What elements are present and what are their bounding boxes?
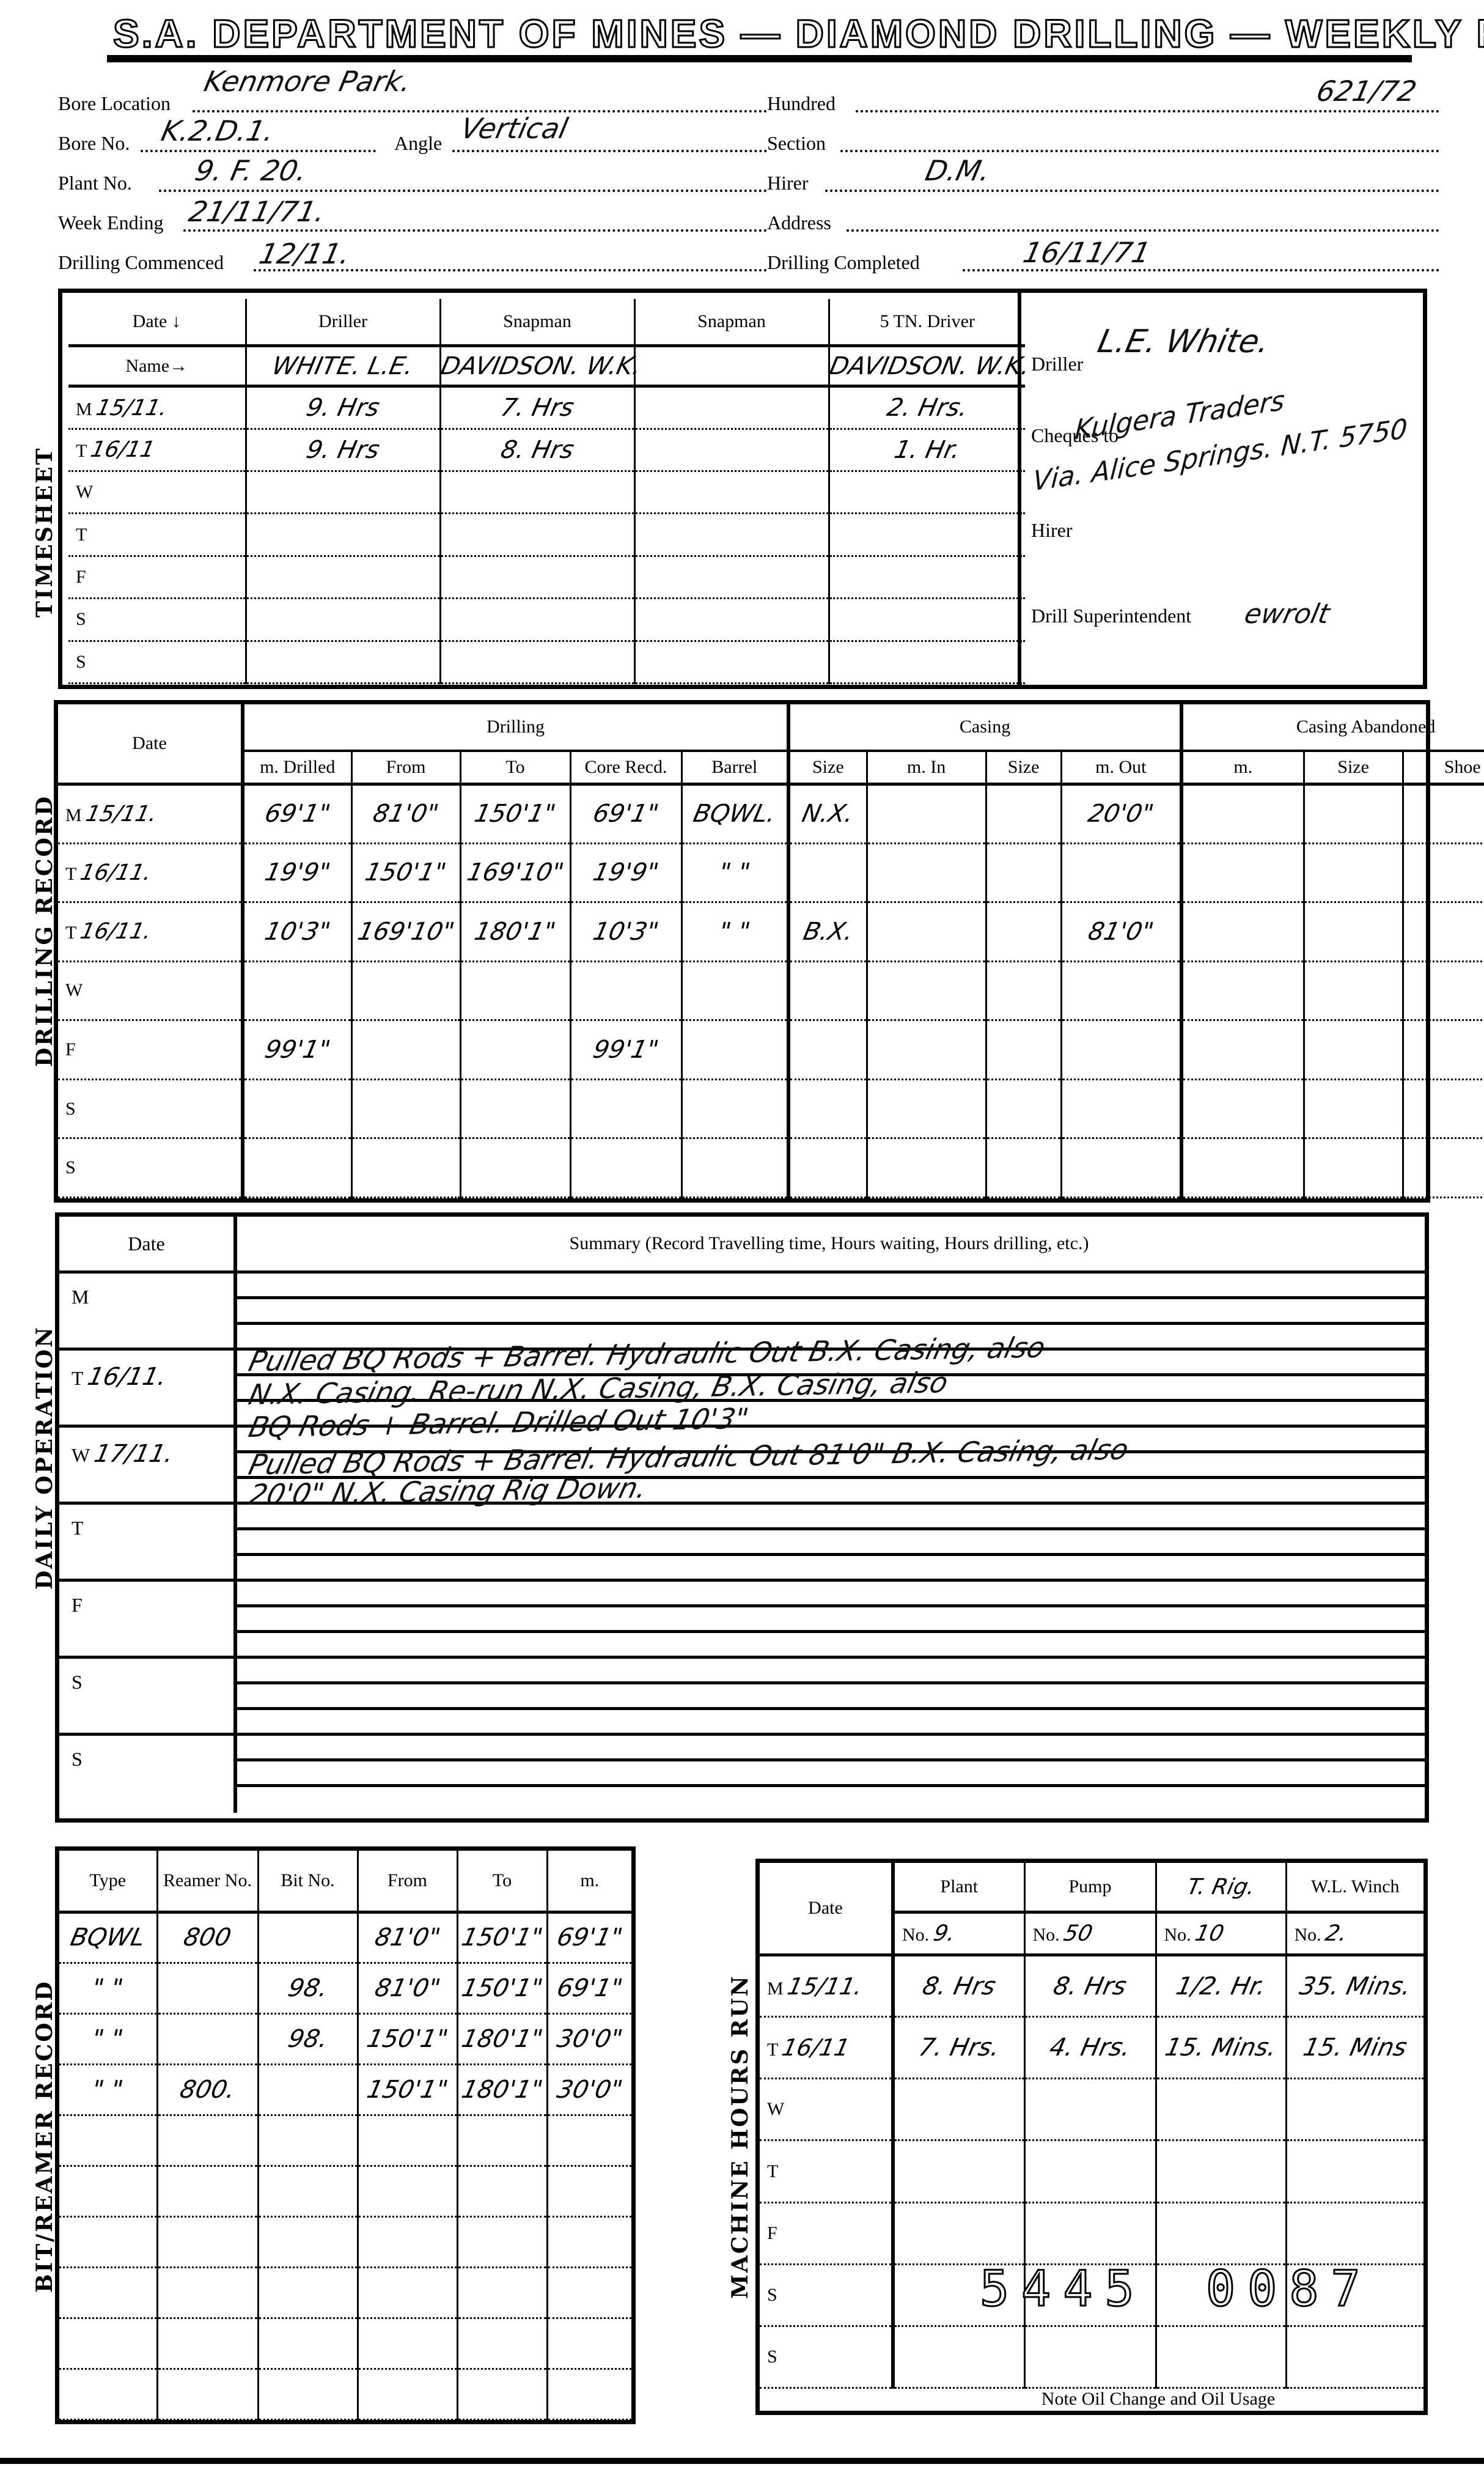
br-cell[interactable] (258, 2318, 358, 2369)
mh-day-cell[interactable]: T 16/11 (760, 2017, 893, 2079)
dr-col-m-drilled: m. Drilled (243, 751, 351, 784)
br-cell[interactable] (457, 2166, 547, 2216)
dr-cell[interactable] (1403, 843, 1484, 902)
br-cell[interactable] (457, 2216, 547, 2267)
timesheet-section-label: TIMESHEET (32, 446, 57, 618)
machine-hours-box: Date Plant Pump T. Rig. W.L. Winch No. 9… (755, 1859, 1428, 2415)
field-hundred[interactable]: Hundred 621/72 (767, 92, 1439, 116)
dr-cell[interactable] (570, 961, 681, 1020)
br-cell[interactable] (59, 2318, 157, 2369)
br-cell[interactable]: 150'1" (358, 2013, 457, 2064)
plant-no-label: Plant No. (58, 172, 132, 194)
mh-cell[interactable] (893, 2141, 1024, 2202)
br-cell[interactable]: 180'1" (457, 2013, 547, 2064)
dr-cell[interactable]: B.X. (788, 902, 867, 962)
ts-cell[interactable]: 8. Hrs (440, 429, 634, 471)
dr-cell[interactable] (1403, 1020, 1484, 1080)
cell-text: BQWL (68, 1923, 148, 1952)
drilling-completed-label: Drilling Completed (767, 251, 920, 274)
br-cell[interactable]: 800. (157, 2064, 258, 2115)
dr-col-to: To (460, 751, 570, 784)
day-letter: S (72, 1671, 83, 1693)
dr-cell[interactable]: 169'10" (460, 843, 570, 902)
cell-text: 180'1" (459, 2076, 545, 2104)
ts-cell[interactable] (246, 556, 440, 598)
br-cell[interactable] (547, 2166, 631, 2216)
br-cell[interactable] (358, 2166, 457, 2216)
dr-cell[interactable]: 19'9" (570, 843, 681, 902)
fill-line (452, 150, 767, 152)
dr-cell[interactable] (867, 1020, 986, 1080)
mh-cell[interactable]: 8. Hrs (1024, 1955, 1156, 2017)
mh-date-header: Date (760, 1863, 893, 1955)
br-cell[interactable] (59, 2115, 157, 2166)
dr-day-cell[interactable]: F (58, 1020, 243, 1080)
br-cell[interactable] (358, 2115, 457, 2166)
dr-cell[interactable]: 150'1" (351, 843, 460, 902)
ts-day[interactable]: M 15/11. (68, 386, 246, 429)
do-day-row: S (59, 1733, 233, 1810)
br-col-reamer-no: Reamer No. (157, 1851, 258, 1912)
br-cell[interactable] (59, 2216, 157, 2267)
mh-day-cell[interactable]: S (760, 2264, 893, 2326)
ts-day[interactable]: T (68, 514, 246, 556)
cell-text: " " (90, 2025, 126, 2053)
summary-rule (237, 1656, 1425, 1659)
ts-cell[interactable] (829, 471, 1025, 514)
br-cell[interactable] (59, 2267, 157, 2318)
dr-cell[interactable] (788, 961, 867, 1020)
dr-cell[interactable]: N.X. (788, 784, 867, 843)
mh-cell[interactable] (1156, 2079, 1286, 2141)
cell-text: 150'1" (459, 1923, 545, 1952)
day-letter: S (767, 2285, 777, 2305)
date-text: 16/11. (85, 1363, 169, 1391)
dr-cell[interactable] (1181, 784, 1304, 843)
mh-cell[interactable] (1286, 2202, 1423, 2264)
ts-day[interactable]: S (68, 641, 246, 683)
dr-cell[interactable]: " " (681, 902, 788, 962)
dr-cell[interactable] (681, 1020, 788, 1080)
br-cell[interactable] (59, 2166, 157, 2216)
mh-cell[interactable] (1024, 2079, 1156, 2141)
br-cell[interactable] (547, 2267, 631, 2318)
ts-name-snapman-1[interactable]: DAVIDSON. W.K. (440, 346, 634, 386)
mh-winch-no[interactable]: No. 2. (1286, 1912, 1423, 1955)
mh-cell[interactable]: 7. Hrs. (893, 2017, 1024, 2079)
mh-cell[interactable] (1024, 2141, 1156, 2202)
dr-cell[interactable] (986, 843, 1061, 902)
br-cell[interactable] (547, 2318, 631, 2369)
br-cell[interactable]: BQWL (59, 1912, 157, 1963)
mh-cell[interactable] (1286, 2326, 1423, 2388)
dr-cell[interactable]: 19'9" (243, 843, 351, 902)
ts-cell[interactable] (634, 641, 829, 683)
field-section[interactable]: Section (767, 131, 1439, 156)
br-cell[interactable] (358, 2216, 457, 2267)
ts-cell[interactable] (440, 514, 634, 556)
dr-cell[interactable] (243, 961, 351, 1020)
dr-cell[interactable] (1181, 902, 1304, 962)
ts-name-driller[interactable]: WHITE. L.E. (246, 346, 440, 386)
day-letter: M (76, 399, 92, 419)
dr-col-abandoned-m: m. (1181, 751, 1304, 784)
cell-text: 800 (181, 1923, 233, 1952)
report-title: S.A. DEPARTMENT OF MINES — DIAMOND DRILL… (113, 11, 1484, 56)
dr-cell[interactable]: 81'0" (351, 784, 460, 843)
ts-cell[interactable] (829, 641, 1025, 683)
dr-cell[interactable] (986, 902, 1061, 962)
week-ending-label: Week Ending (58, 212, 163, 234)
mh-cell[interactable] (1156, 2326, 1286, 2388)
br-cell[interactable] (258, 2064, 358, 2115)
dr-day-cell[interactable]: S (58, 1138, 243, 1198)
br-cell[interactable]: 69'1" (547, 1963, 631, 2013)
br-cell[interactable] (258, 2216, 358, 2267)
dr-cell[interactable] (1061, 843, 1181, 902)
dr-cell[interactable] (986, 1079, 1061, 1138)
mh-pump-no[interactable]: No. 50 (1024, 1912, 1156, 1955)
summary-rule (237, 1579, 1425, 1582)
br-cell[interactable] (547, 2369, 631, 2419)
dr-cell[interactable] (788, 1138, 867, 1198)
dr-cell[interactable] (1304, 1079, 1403, 1138)
dr-cell[interactable] (1061, 961, 1181, 1020)
br-cell[interactable]: 98. (258, 2013, 358, 2064)
drilling-record-box: Date Drilling Casing Casing Abandoned m.… (54, 700, 1430, 1203)
dr-cell[interactable]: 69'1" (570, 784, 681, 843)
mh-cell[interactable]: 35. Mins. (1286, 1955, 1423, 2017)
br-cell[interactable] (157, 1963, 258, 2013)
ts-cell[interactable] (634, 386, 829, 429)
dr-cell[interactable] (1304, 961, 1403, 1020)
do-day-row: S (59, 1656, 233, 1733)
dr-cell[interactable] (1403, 1138, 1484, 1198)
ts-cell[interactable] (829, 556, 1025, 598)
dr-cell[interactable]: 10'3" (243, 902, 351, 962)
br-cell[interactable] (457, 2267, 547, 2318)
mh-day-cell[interactable]: S (760, 2326, 893, 2388)
dr-cell[interactable] (788, 1079, 867, 1138)
ts-col-snapman-2: Snapman (634, 299, 829, 346)
mh-cell[interactable] (1286, 2079, 1423, 2141)
ts-cell[interactable] (440, 471, 634, 514)
ts-cell[interactable] (440, 641, 634, 683)
br-cell[interactable]: " " (59, 2013, 157, 2064)
br-cell[interactable]: 150'1" (457, 1963, 547, 2013)
field-week-ending[interactable]: Week Ending 21/11/71. (58, 211, 767, 235)
br-cell[interactable] (258, 2166, 358, 2216)
ts-cell[interactable] (440, 599, 634, 641)
dr-group-casing: Casing (788, 704, 1181, 751)
br-cell[interactable]: " " (59, 2064, 157, 2115)
dr-cell[interactable] (1304, 843, 1403, 902)
cell-text: 169'10" (465, 858, 566, 887)
field-hirer[interactable]: Hirer D.M. (767, 171, 1439, 196)
br-cell[interactable]: 150'1" (358, 2064, 457, 2115)
mh-cell[interactable]: 15. Mins. (1156, 2017, 1286, 2079)
mh-cell[interactable]: 15. Mins (1286, 2017, 1423, 2079)
br-cell[interactable] (157, 2166, 258, 2216)
ts-cell[interactable]: 7. Hrs (440, 386, 634, 429)
cell-text: 81'0" (1085, 918, 1156, 946)
br-cell[interactable]: " " (59, 1963, 157, 2013)
br-cell[interactable] (157, 2369, 258, 2419)
ts-name-driver[interactable]: DAVIDSON. W.K. (829, 346, 1025, 386)
machine-hours-section-label: MACHINE HOURS RUN (727, 1974, 753, 2299)
br-cell[interactable] (547, 2115, 631, 2166)
driller-signature[interactable]: L.E. White. (1095, 323, 1273, 360)
mh-rig-no[interactable]: No. 10 (1156, 1912, 1286, 1955)
dr-cell[interactable] (351, 961, 460, 1020)
dr-cell[interactable] (681, 961, 788, 1020)
cell-text: 7. Hrs. (916, 2034, 1002, 2062)
dr-cell[interactable] (460, 1138, 570, 1198)
mh-cell[interactable] (1024, 2326, 1156, 2388)
dr-cell[interactable] (1181, 1020, 1304, 1080)
br-cell[interactable] (358, 2318, 457, 2369)
dr-cell[interactable]: 169'10" (351, 902, 460, 962)
mh-cell[interactable] (893, 2079, 1024, 2141)
ts-cell[interactable] (829, 514, 1025, 556)
field-bore-location[interactable]: Bore Location Kenmore Park. (58, 92, 767, 116)
mh-day-cell[interactable]: T (760, 2141, 893, 2202)
br-cell[interactable] (157, 2216, 258, 2267)
br-cell[interactable]: 30'0" (547, 2013, 631, 2064)
dr-cell[interactable] (1304, 1020, 1403, 1080)
dr-cell[interactable] (570, 1079, 681, 1138)
br-cell[interactable]: 800 (157, 1912, 258, 1963)
dr-cell[interactable] (1304, 1138, 1403, 1198)
dr-cell[interactable] (351, 1079, 460, 1138)
do-day-row: T 16/11. (59, 1348, 233, 1425)
br-row (59, 2267, 631, 2318)
ts-cell[interactable] (634, 599, 829, 641)
ts-cell[interactable] (829, 599, 1025, 641)
br-cell[interactable] (457, 2318, 547, 2369)
dr-cell[interactable] (1403, 961, 1484, 1020)
ts-cell[interactable] (246, 641, 440, 683)
cell-text: 1/2. Hr. (1174, 1972, 1268, 2001)
br-cell[interactable]: 81'0" (358, 1963, 457, 2013)
mh-plant-no[interactable]: No. 9. (893, 1912, 1024, 1955)
dr-cell[interactable] (867, 1138, 986, 1198)
dr-day-cell[interactable]: W (58, 961, 243, 1020)
dr-cell[interactable] (1181, 843, 1304, 902)
dr-cell[interactable] (460, 1079, 570, 1138)
ts-day[interactable]: W (68, 471, 246, 514)
br-cell[interactable] (258, 2369, 358, 2419)
dr-cell[interactable] (1403, 902, 1484, 962)
dr-cell[interactable]: 99'1" (243, 1020, 351, 1080)
ts-cell[interactable]: 9. Hrs (246, 429, 440, 471)
ts-day[interactable]: T 16/11 (68, 429, 246, 471)
mh-cell[interactable] (1286, 2141, 1423, 2202)
field-bore-no[interactable]: Bore No. K.2.D.1. (58, 131, 376, 156)
dr-cell[interactable] (1061, 1020, 1181, 1080)
dr-cell[interactable] (1403, 784, 1484, 843)
ts-cell[interactable]: 1. Hr. (829, 429, 1025, 471)
dr-day-cell[interactable]: M 15/11. (58, 784, 243, 843)
ts-cell[interactable] (634, 556, 829, 598)
ts-name-snapman-2[interactable] (634, 346, 829, 386)
dr-cell[interactable] (351, 1020, 460, 1080)
mh-day-cell[interactable]: W (760, 2079, 893, 2141)
br-cell[interactable] (59, 2369, 157, 2419)
dr-cell[interactable] (867, 784, 986, 843)
dr-cell[interactable] (788, 1020, 867, 1080)
dr-cell[interactable] (788, 843, 867, 902)
dr-cell[interactable]: 20'0" (1061, 784, 1181, 843)
ts-day[interactable]: F (68, 556, 246, 598)
dr-cell[interactable] (867, 902, 986, 962)
do-summary-area[interactable]: Pulled BQ Rods + Barrel. Hydraulic Out B… (237, 1270, 1425, 1809)
br-cell[interactable] (258, 2115, 358, 2166)
name-text: DAVIDSON. W.K. (827, 352, 1032, 380)
dr-row: T 16/11.19'9"150'1"169'10"19'9"" " (58, 843, 1484, 902)
ts-cell[interactable] (246, 514, 440, 556)
ts-row-fri: F (68, 556, 1025, 598)
br-cell[interactable] (358, 2369, 457, 2419)
dr-cell[interactable] (1061, 1138, 1181, 1198)
ts-cell[interactable] (634, 514, 829, 556)
dr-cell[interactable] (1304, 784, 1403, 843)
mh-cell[interactable] (1024, 2202, 1156, 2264)
br-cell[interactable] (258, 2267, 358, 2318)
ts-cell[interactable] (246, 471, 440, 514)
ts-cell[interactable] (634, 471, 829, 514)
mh-row: T 16/117. Hrs.4. Hrs.15. Mins.15. Mins (760, 2017, 1423, 2079)
br-cell[interactable]: 180'1" (457, 2064, 547, 2115)
field-plant-no[interactable]: Plant No. 9. F. 20. (58, 171, 767, 196)
br-cell[interactable] (157, 2318, 258, 2369)
dr-cell[interactable] (681, 1079, 788, 1138)
dr-day-cell[interactable]: T 16/11. (58, 902, 243, 962)
br-cell[interactable] (457, 2369, 547, 2419)
br-row (59, 2166, 631, 2216)
br-cell[interactable] (358, 2267, 457, 2318)
dr-cell[interactable]: BQWL. (681, 784, 788, 843)
br-cell[interactable] (547, 2216, 631, 2267)
br-cell[interactable]: 150'1" (457, 1912, 547, 1963)
field-drilling-completed[interactable]: Drilling Completed 16/11/71 (767, 251, 1439, 275)
dr-cell[interactable] (243, 1138, 351, 1198)
dr-cell[interactable] (243, 1079, 351, 1138)
dr-cell[interactable] (867, 1079, 986, 1138)
dr-cell[interactable] (1181, 1138, 1304, 1198)
ts-cell[interactable] (246, 599, 440, 641)
mh-cell[interactable] (893, 2202, 1024, 2264)
mh-col-rig: T. Rig. (1156, 1863, 1286, 1912)
dr-cell[interactable] (1403, 1079, 1484, 1138)
dr-cell[interactable] (986, 1020, 1061, 1080)
cell-text: BQWL. (691, 800, 778, 828)
br-cell[interactable] (157, 2013, 258, 2064)
dr-cell[interactable] (460, 1020, 570, 1080)
cell-text: 81'0" (370, 800, 441, 828)
fill-line (141, 150, 376, 152)
ts-cell[interactable] (440, 556, 634, 598)
field-angle[interactable]: Angle Vertical (394, 131, 767, 156)
cell-text: " " (90, 2076, 126, 2104)
dr-cell[interactable] (570, 1138, 681, 1198)
mh-cell[interactable]: 8. Hrs (893, 1955, 1024, 2017)
ts-cell[interactable]: 2. Hrs. (829, 386, 1025, 429)
date-text: 16/11. (78, 860, 154, 885)
br-cell[interactable]: 81'0" (358, 1912, 457, 1963)
dr-cell[interactable] (1181, 1079, 1304, 1138)
cell-text: 4. Hrs. (1047, 2034, 1133, 2062)
field-drilling-commenced[interactable]: Drilling Commenced 12/11. (58, 251, 767, 275)
mh-cell[interactable] (1156, 2141, 1286, 2202)
dr-cell[interactable]: 10'3" (570, 902, 681, 962)
dr-cell[interactable] (986, 1138, 1061, 1198)
mh-day-cell[interactable]: M 15/11. (760, 1955, 893, 2017)
dr-cell[interactable] (1061, 1079, 1181, 1138)
rig-label: T. Rig. (1185, 1875, 1257, 1900)
dr-cell[interactable] (681, 1138, 788, 1198)
mh-cell[interactable]: 4. Hrs. (1024, 2017, 1156, 2079)
dr-cell[interactable]: 180'1" (460, 902, 570, 962)
dr-cell[interactable] (351, 1138, 460, 1198)
dr-cell[interactable]: 69'1" (243, 784, 351, 843)
ts-cell[interactable] (634, 429, 829, 471)
superintendent-signature[interactable]: ewrolt (1242, 599, 1332, 630)
dr-cell[interactable] (986, 784, 1061, 843)
br-row (59, 2115, 631, 2166)
dr-cell[interactable] (986, 961, 1061, 1020)
dr-cell[interactable] (867, 961, 986, 1020)
mh-cell[interactable] (893, 2326, 1024, 2388)
hours-text: 9. Hrs (304, 436, 382, 464)
dr-cell[interactable]: 81'0" (1061, 902, 1181, 962)
cell-text: 150'1" (364, 2076, 450, 2104)
no-value: 10 (1193, 1921, 1227, 1946)
dr-cell[interactable] (1181, 961, 1304, 1020)
br-cell[interactable] (457, 2115, 547, 2166)
br-cell[interactable] (157, 2267, 258, 2318)
dr-cell[interactable] (867, 843, 986, 902)
dr-day-cell[interactable]: T 16/11. (58, 843, 243, 902)
summary-rule (237, 1553, 1425, 1556)
date-text: 16/11 (780, 2034, 853, 2061)
ts-cell[interactable]: 9. Hrs (246, 386, 440, 429)
br-cell[interactable]: 69'1" (547, 1912, 631, 1963)
day-letter: F (72, 1594, 83, 1616)
cell-text: 30'0" (554, 2025, 625, 2053)
hours-text: 2. Hrs. (884, 394, 971, 422)
cell-text: 35. Mins. (1297, 1972, 1414, 2001)
dr-cell[interactable]: " " (681, 843, 788, 902)
br-cell[interactable]: 30'0" (547, 2064, 631, 2115)
field-address[interactable]: Address (767, 211, 1439, 235)
mh-day-cell[interactable]: F (760, 2202, 893, 2264)
br-cell[interactable]: 98. (258, 1963, 358, 2013)
summary-rule (237, 1707, 1425, 1710)
hours-text: 9. Hrs (304, 394, 382, 422)
dr-cell[interactable] (1304, 902, 1403, 962)
dr-cell[interactable] (460, 961, 570, 1020)
ts-day[interactable]: S (68, 599, 246, 641)
dr-day-cell[interactable]: S (58, 1079, 243, 1138)
br-cell[interactable] (157, 2115, 258, 2166)
dr-cell[interactable]: 150'1" (460, 784, 570, 843)
br-col-bit-no: Bit No. (258, 1851, 358, 1912)
mh-cell[interactable] (1156, 2202, 1286, 2264)
br-cell[interactable] (258, 1912, 358, 1963)
dr-cell[interactable]: 99'1" (570, 1020, 681, 1080)
mh-cell[interactable]: 1/2. Hr. (1156, 1955, 1286, 2017)
